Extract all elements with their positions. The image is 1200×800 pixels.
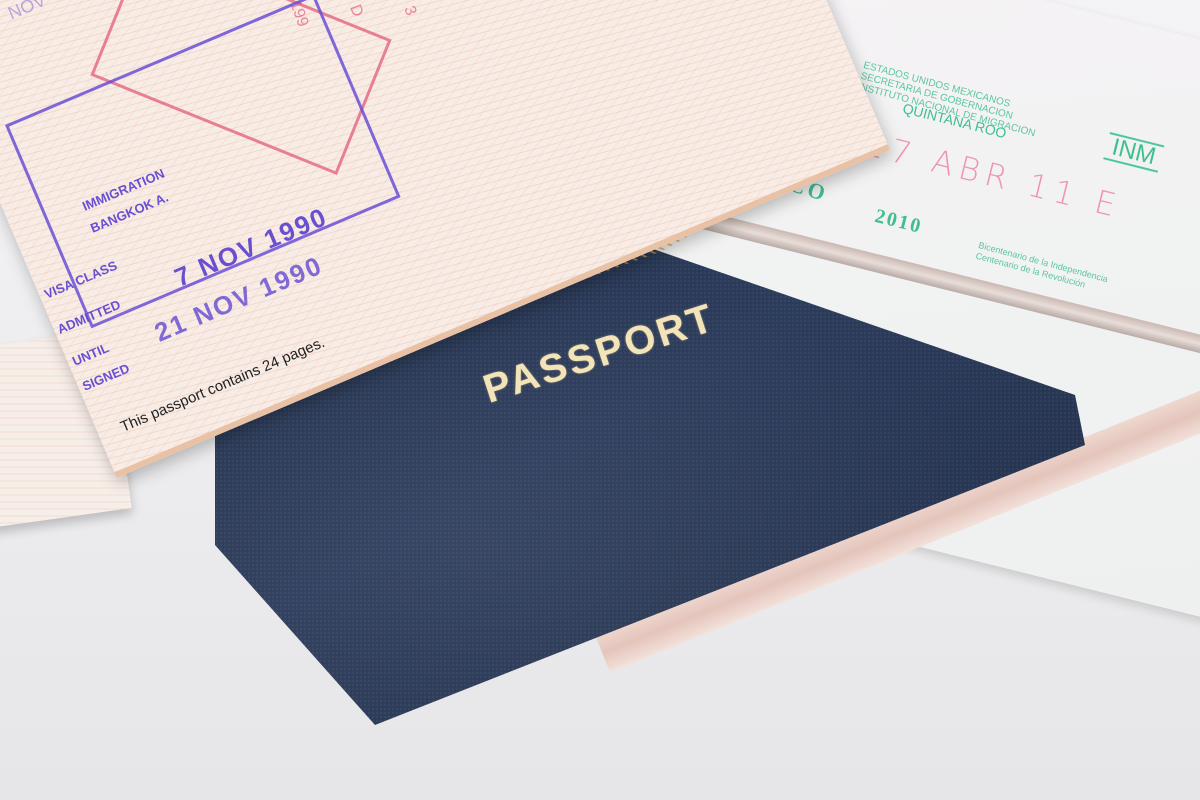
- passport-photo: ✈ ESTADOS UNIDOS MEXICANOS SECRETARIA DE…: [0, 0, 1200, 800]
